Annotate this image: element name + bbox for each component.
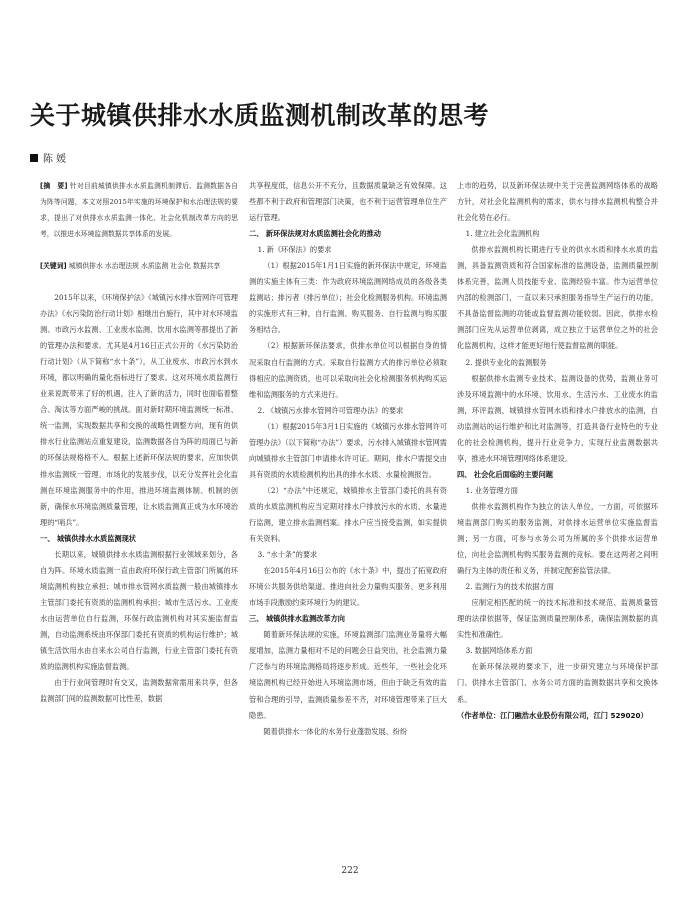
article-title: 关于城镇供排水水质监测机制改革的思考 [30,96,489,132]
section-3-sub-2-paragraph: 根据供排水监测专业技术、监测设备的优势，监测业务可涉及环境监测中的水环境、饮用水… [457,371,658,467]
section-4-sub-3: 3. 数据网络体系方面 [457,643,658,659]
section-3-sub-2: 2. 提供专业化的监测服务 [457,355,658,371]
column-3: 上市的趋势，以及新环保法规中关于完善监测网络体系的战略方针，对社会化监测机构的需… [457,178,658,724]
section-2-sub-1: 1. 新《环保法》的要求 [249,242,447,258]
section-3-heading: 三、 城镇供排水监测改革方向 [249,611,447,627]
section-1-paragraph-2-continued: 共享程度低，信息公开不充分，且数据质量缺乏有效保障。这些都不利于政府和管理部门决… [249,178,447,226]
section-4-sub-2-paragraph: 应制定相匹配的统一的技术标准和技术规范、监测质量管理的法律依据等，保证监测质量控… [457,595,658,643]
section-1-paragraph-2: 由于行业间管理时有交叉，监测数据常需用来共享，但各监测部门间的监测数据可比性差，… [40,675,238,707]
keywords-label: [关键词] [40,262,67,270]
section-2-sub-2-paragraph-2: （2）“办法”中还规定，城镇排水主管部门委托的具有资质的水质监测机构应当定期对排… [249,483,447,547]
section-4-sub-3-paragraph: 在新环保法规的要求下，进一步研究建立与环境保护部门、供排水主管部门、水务公司方面… [457,659,658,707]
section-4-sub-1: 1. 业务管理方面 [457,483,658,499]
section-2-sub-2-paragraph-1: （1）根据2015年3月1日实施的《城镇污水排水管网许可管理办法》（以下简称“办… [249,419,447,483]
section-3-paragraph-1: 随着新环保法规的实施，环境监测部门监测业务量将大幅度增加，监测力量相对不足的问题… [249,627,447,723]
abstract: [摘 要] 针对目前城镇供排水水质监测机制滞后、监测数据各自为阵等问题，本文对照… [40,178,238,242]
column-1: [摘 要] 针对目前城镇供排水水质监测机制滞后、监测数据各自为阵等问题，本文对照… [40,178,238,707]
section-4-heading: 四、 社会化后面临的主要问题 [457,467,658,483]
page-number: 222 [0,866,700,876]
section-2-sub-1-paragraph-2: （2）根据新环保法要求，供排水单位可以根据自身的情况采取自行监测的方式。采取自行… [249,338,447,402]
intro-paragraph: 2015年以来，《环境保护法》《城镇污水排水管网许可管理办法》《水污染防治行动计… [40,290,238,531]
square-bullet-icon [30,154,38,162]
section-3-paragraph-2: 随着供排水一体化的水务行业蓬勃发展、纷纷 [249,724,447,740]
column-2: 共享程度低，信息公开不充分，且数据质量缺乏有效保障。这些都不利于政府和管理部门决… [249,178,447,740]
section-1-heading: 一、 城镇供排水水质监测现状 [40,531,238,547]
section-4-sub-2: 2. 监测行为的技术依据方面 [457,579,658,595]
section-3-paragraph-2-continued: 上市的趋势，以及新环保法规中关于完善监测网络体系的战略方针，对社会化监测机构的需… [457,178,658,226]
section-4-sub-1-paragraph: 供排水监测机构作为独立的法人单位，一方面，可依据环境监测部门购买的服务监测，对供… [457,499,658,579]
author-name: 陈 媛 [43,150,66,165]
section-3-sub-1-paragraph: 供排水监测机构长期进行专业的供水水质和排水水质的监测，具备监测资质和符合国家标准… [457,242,658,354]
author-line: 陈 媛 [30,150,66,165]
abstract-label: [摘 要] [40,182,67,190]
section-1-paragraph-1: 长期以来，城镇供排水水质监测根据行业领域来划分，各自为阵。环境水质监测一直由政府… [40,547,238,675]
author-affiliation: （作者单位：江门融浩水业股份有限公司，江门 529020） [457,708,658,724]
section-2-sub-2: 2. 《城镇污水排水管网许可管理办法》的要求 [249,403,447,419]
keywords: [关键词] 城镇供排水 水治理法规 水质监测 社会化 数据共享 [40,258,238,274]
section-2-sub-3: 3. “水十条”的要求 [249,547,447,563]
section-2-sub-1-paragraph-1: （1）根据2015年1月1日实施的新环保法中规定，环境监测的实施主体有三类：作为… [249,258,447,338]
abstract-text: 针对目前城镇供排水水质监测机制滞后、监测数据各自为阵等问题，本文对照2015年实… [40,182,238,238]
section-2-heading: 二、 新环保法规对水质监测社会化的推动 [249,226,447,242]
section-2-sub-3-paragraph-1: 在2015年4月16日公布的《水十条》中，提出了拓宽政府环境公共服务供给渠道、推… [249,563,447,611]
keywords-text: 城镇供排水 水治理法规 水质监测 社会化 数据共享 [69,262,220,270]
section-3-sub-1: 1. 建立社会化监测机构 [457,226,658,242]
